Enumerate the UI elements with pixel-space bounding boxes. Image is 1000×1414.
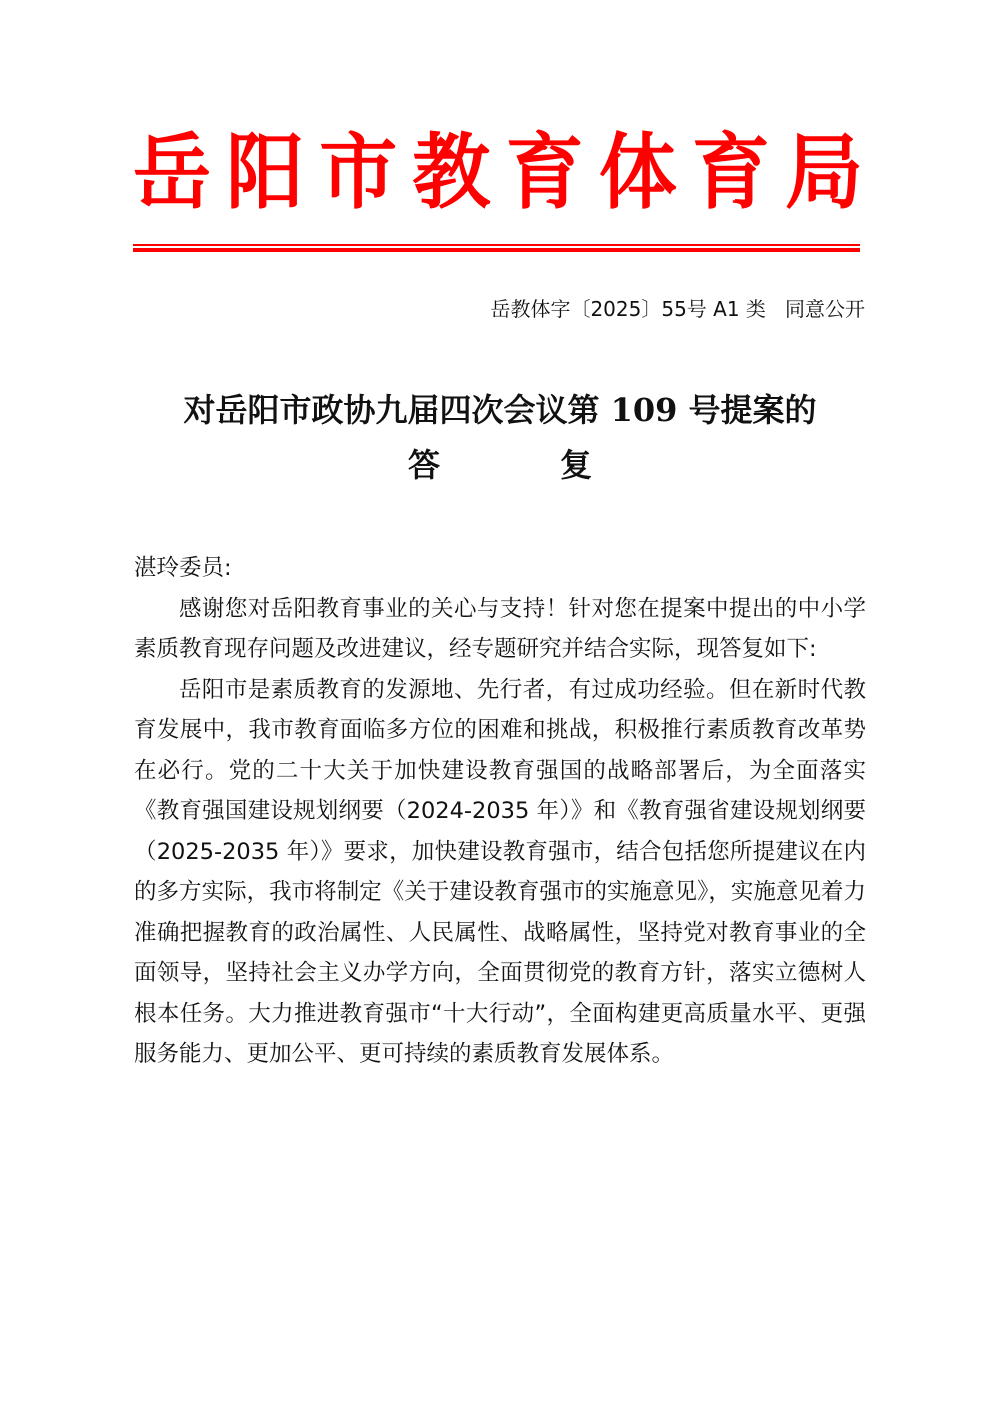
letterhead-char: 岳 [133,126,211,221]
letterhead-char: 育 [692,126,770,221]
letterhead-org-name: 岳 阳 市 教 育 体 育 局 [133,128,863,218]
letterhead-char: 阳 [226,126,304,221]
salutation: 湛玲委员: [134,548,866,589]
paragraph: 感谢您对岳阳教育事业的关心与支持！针对您在提案中提出的中小学素质教育现存问题及改… [134,589,866,670]
letterhead-char: 育 [506,126,584,221]
document-title-reply: 答复 [0,440,1000,490]
letterhead-divider-thick [133,248,860,252]
title-reply-char-1: 答 [408,440,440,490]
paragraph: 岳阳市是素质教育的发源地、先行者，有过成功经验。但在新时代教育发展中，我市教育面… [134,670,866,1075]
letterhead-divider-thin [133,244,860,246]
title-reply-char-2: 复 [560,440,592,490]
document-title: 对岳阳市政协九届四次会议第 109 号提案的 [0,388,1000,432]
document-body: 湛玲委员: 感谢您对岳阳教育事业的关心与支持！针对您在提案中提出的中小学素质教育… [134,548,866,1075]
letterhead-char: 市 [319,126,397,221]
letterhead-char: 局 [785,126,863,221]
letterhead-char: 体 [599,126,677,221]
document-number: 岳教体字〔2025〕55号 A1 类 同意公开 [490,294,865,324]
letterhead-char: 教 [412,126,490,221]
